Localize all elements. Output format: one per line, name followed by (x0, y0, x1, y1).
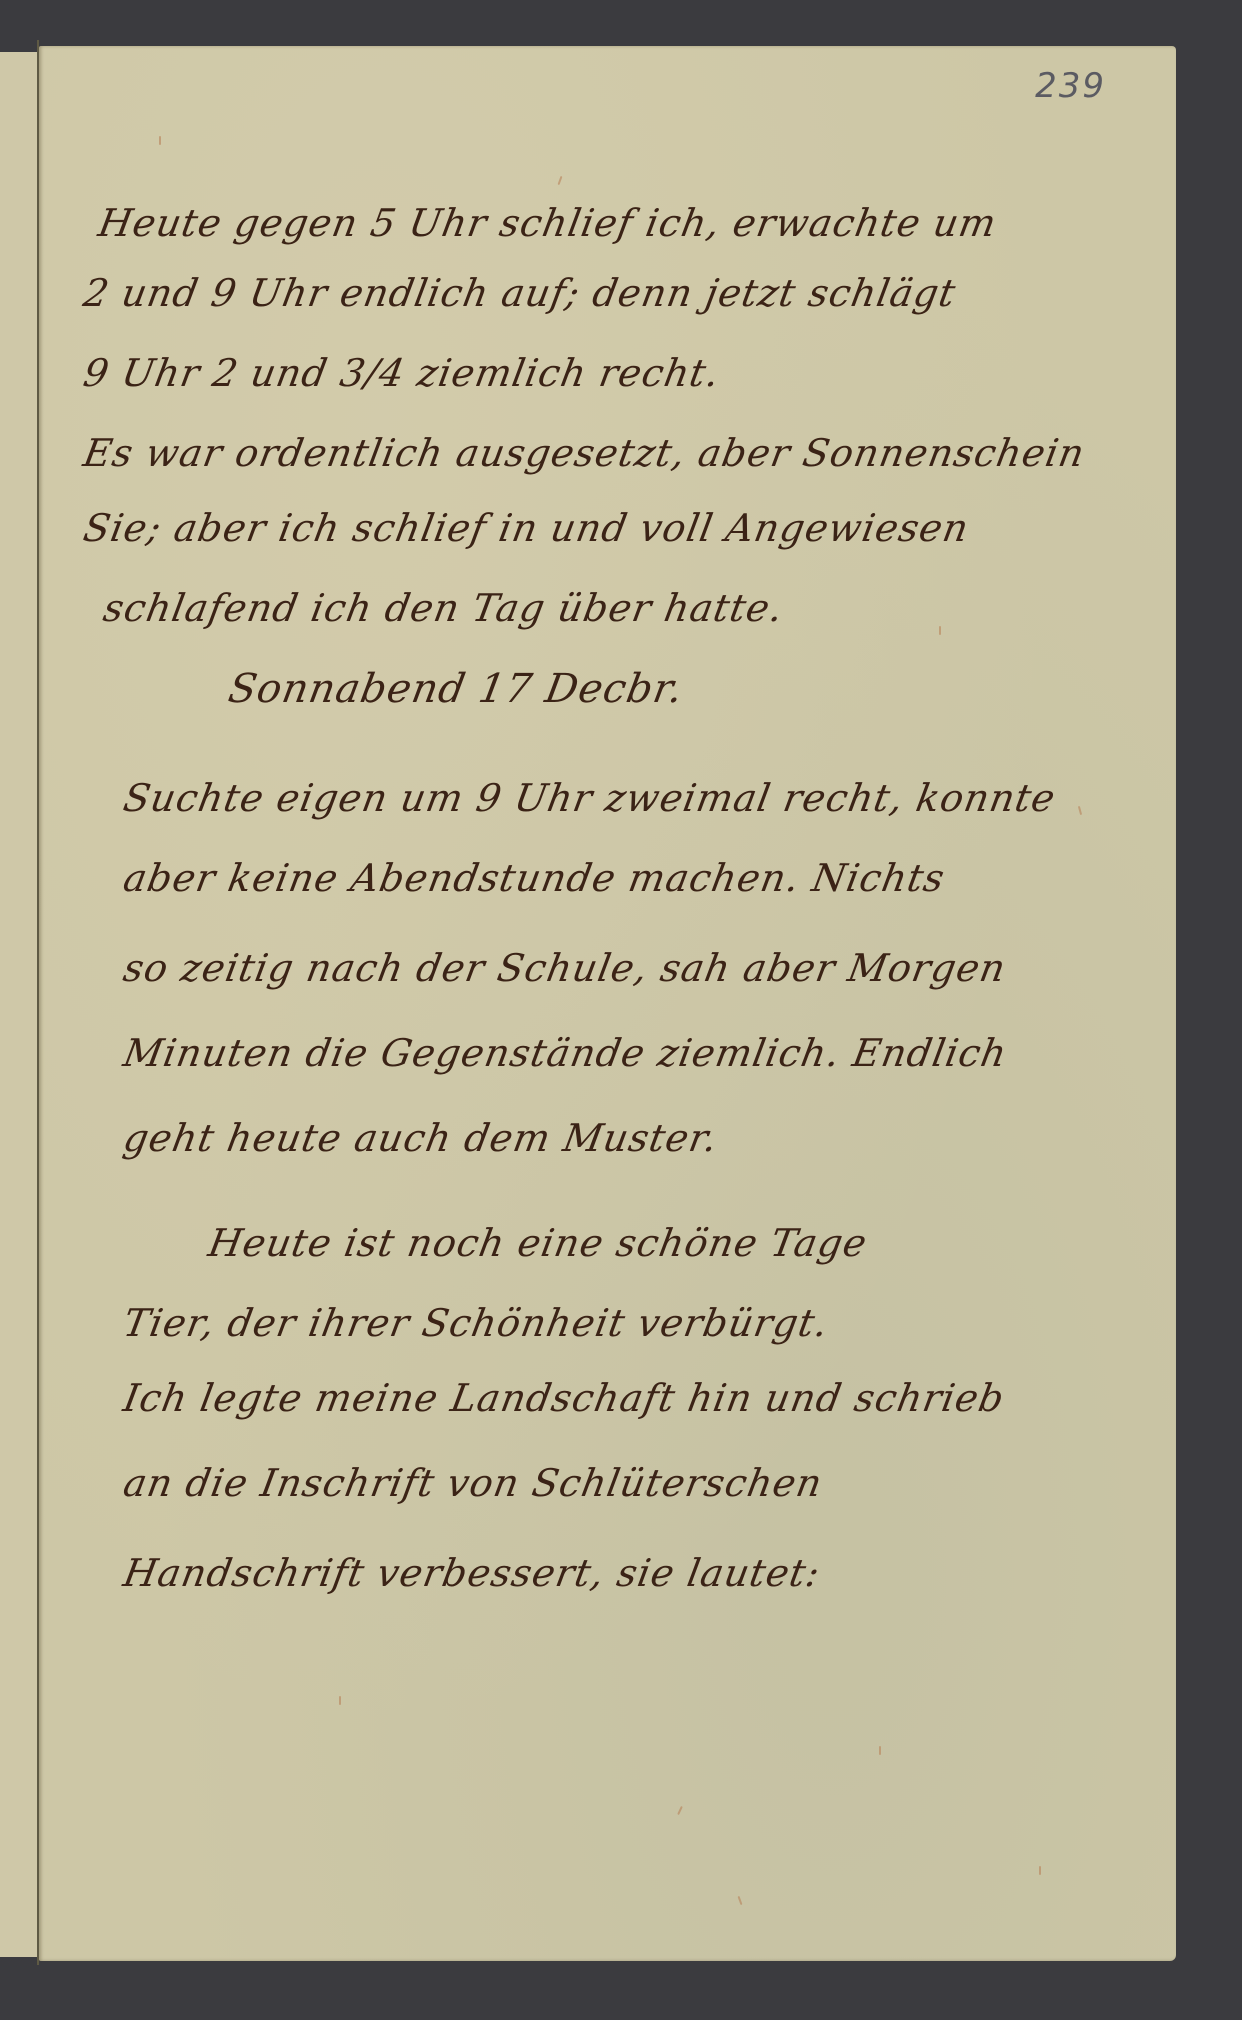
paper-fleck (1078, 806, 1082, 815)
paper-fleck (939, 626, 941, 635)
text-line-13: Heute ist noch eine schöne Tage (205, 1221, 871, 1265)
paper-fleck (159, 136, 161, 145)
text-line-6: schlafend ich den Tag über hatte. (100, 586, 787, 630)
text-line-9: aber keine Abendstunde machen. Nichts (120, 856, 948, 900)
text-line-10: so zeitig nach der Schule, sah aber Morg… (120, 946, 1009, 990)
binding-gutter (37, 40, 39, 1965)
paper-fleck (677, 1806, 683, 1815)
text-line-1: Heute gegen 5 Uhr schlief ich, erwachte … (95, 201, 1000, 245)
text-line-12: geht heute auch dem Muster. (120, 1116, 721, 1160)
text-line-14: Tier, der ihrer Schönheit verbürgt. (120, 1301, 832, 1345)
paper-fleck (738, 1896, 743, 1905)
text-line-3: 9 Uhr 2 und 3/4 ziemlich recht. (80, 351, 723, 395)
paper-fleck (339, 1696, 341, 1705)
paper-fleck (879, 1746, 881, 1755)
text-line-2: 2 und 9 Uhr endlich auf; denn jetzt schl… (80, 271, 959, 315)
text-line-8: Suchte eigen um 9 Uhr zweimal recht, kon… (120, 776, 1059, 820)
text-line-16: an die Inschrift von Schlüterschen (120, 1461, 826, 1505)
facing-page-edge (0, 52, 39, 1957)
paper-fleck (558, 176, 563, 185)
text-line-4: Es war ordentlich ausgesetzt, aber Sonne… (80, 431, 1088, 475)
date-heading: Sonnabend 17 Decbr. (225, 666, 687, 712)
text-line-5: Sie; aber ich schlief in und voll Angewi… (80, 506, 972, 550)
paper-fleck (1039, 1866, 1041, 1875)
scanned-manuscript: 239 Heute gegen 5 Uhr schlief ich, erwac… (0, 0, 1242, 2020)
text-line-15: Ich legte meine Landschaft hin und schri… (120, 1376, 1008, 1420)
folio-number: 239 (1035, 66, 1106, 106)
manuscript-page: 239 Heute gegen 5 Uhr schlief ich, erwac… (39, 46, 1176, 1961)
text-line-11: Minuten die Gegenstände ziemlich. Endlic… (120, 1031, 1011, 1075)
text-line-17: Handschrift verbessert, sie lautet: (120, 1551, 824, 1595)
